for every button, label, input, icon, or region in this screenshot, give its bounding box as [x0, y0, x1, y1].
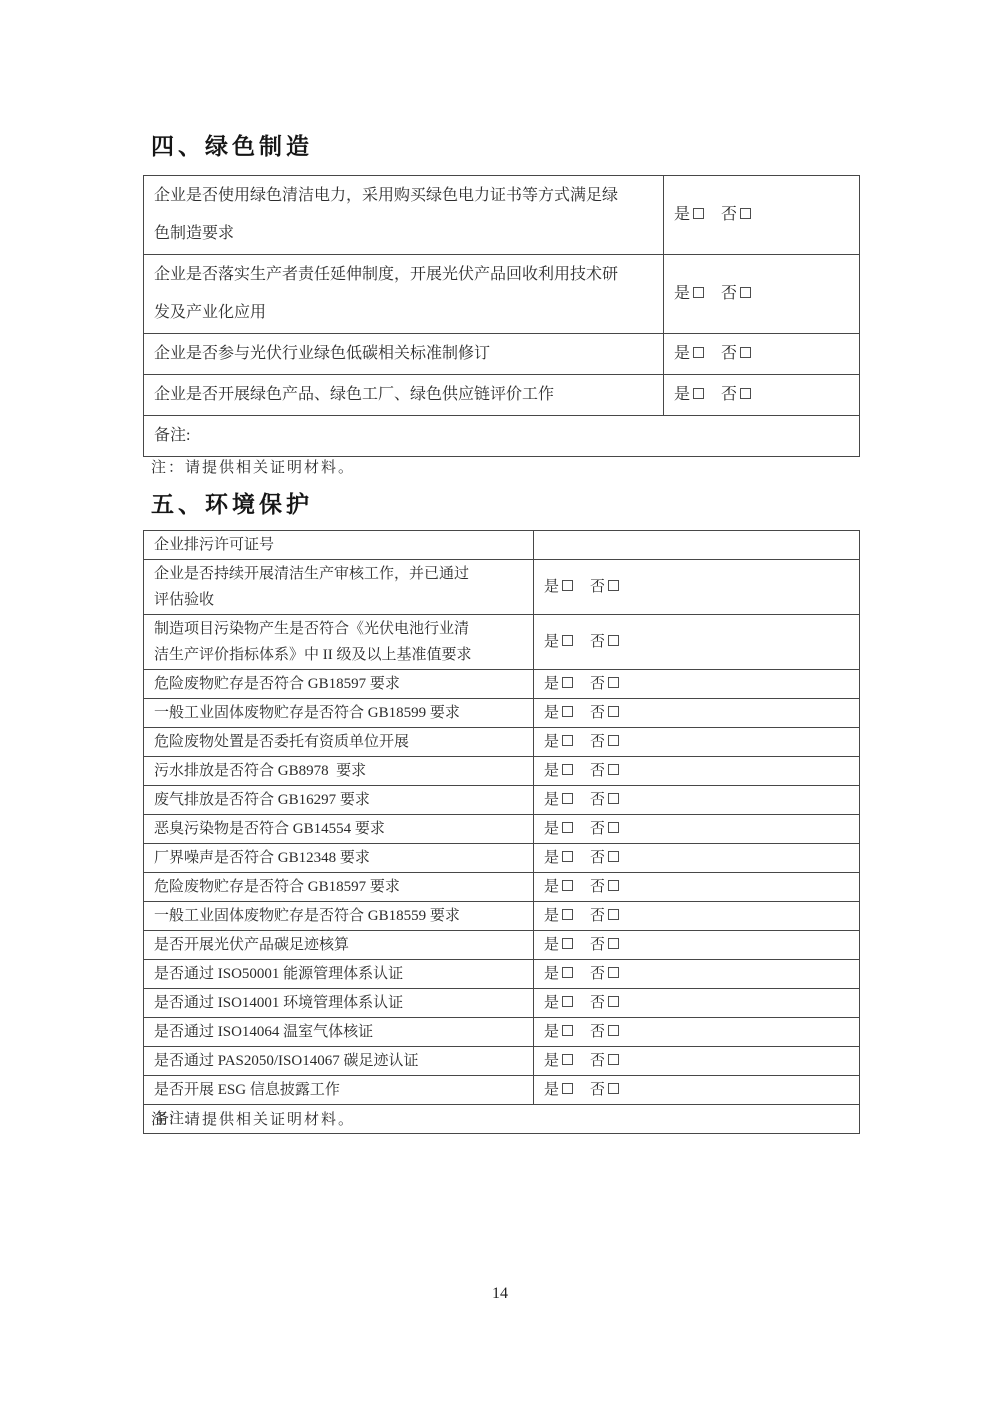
no-label: 否 [721, 285, 737, 302]
no-checkbox[interactable] [608, 677, 619, 688]
no-option: 否 [590, 1082, 619, 1098]
question-cell: 是否通过 ISO14064 温室气体核证 [144, 1018, 534, 1047]
question-cell: 废气排放是否符合 GB16297 要求 [144, 786, 534, 815]
no-label: 否 [590, 821, 605, 837]
yes-option: 是 [674, 345, 704, 362]
yes-label: 是 [544, 1053, 559, 1069]
yes-label: 是 [544, 792, 559, 808]
yes-label: 是 [544, 995, 559, 1011]
question-cell: 企业排污许可证号 [144, 531, 534, 560]
no-checkbox[interactable] [608, 764, 619, 775]
question-cell: 企业是否使用绿色清洁电力，采用购买绿色电力证书等方式满足绿 色制造要求 [144, 176, 664, 255]
no-option: 否 [590, 634, 619, 650]
no-label: 否 [590, 1053, 605, 1069]
answer-cell: 是否 [534, 560, 860, 615]
yes-checkbox[interactable] [562, 880, 573, 891]
table-row: 危险废物贮存是否符合 GB18597 要求是否 [144, 873, 860, 902]
question-cell: 危险废物贮存是否符合 GB18597 要求 [144, 873, 534, 902]
answer-cell: 是否 [664, 375, 860, 416]
table-row: 是否通过 ISO14001 环境管理体系认证是否 [144, 989, 860, 1018]
table-row: 废气排放是否符合 GB16297 要求是否 [144, 786, 860, 815]
no-checkbox[interactable] [608, 1054, 619, 1065]
yes-checkbox[interactable] [693, 347, 704, 358]
no-checkbox[interactable] [608, 706, 619, 717]
yes-label: 是 [544, 579, 559, 595]
answer-cell: 是否 [534, 615, 860, 670]
question-cell: 危险废物贮存是否符合 GB18597 要求 [144, 670, 534, 699]
yes-checkbox[interactable] [562, 967, 573, 978]
no-checkbox[interactable] [608, 580, 619, 591]
yes-option: 是 [544, 879, 573, 895]
answer-cell: 是否 [534, 1018, 860, 1047]
question-cell: 企业是否持续开展清洁生产审核工作，并已通过 评估验收 [144, 560, 534, 615]
environmental-protection-footnote: 注：请提供相关证明材料。 [151, 1108, 355, 1129]
yes-checkbox[interactable] [693, 208, 704, 219]
question-cell: 是否通过 PAS2050/ISO14067 碳足迹认证 [144, 1047, 534, 1076]
yes-checkbox[interactable] [693, 287, 704, 298]
table-row: 企业是否开展绿色产品、绿色工厂、绿色供应链评价工作是否 [144, 375, 860, 416]
yes-option: 是 [544, 966, 573, 982]
yes-checkbox[interactable] [562, 793, 573, 804]
no-label: 否 [590, 850, 605, 866]
no-option: 否 [590, 676, 619, 692]
answer-cell: 是否 [534, 960, 860, 989]
no-checkbox[interactable] [608, 793, 619, 804]
no-label: 否 [590, 579, 605, 595]
table-row: 企业是否落实生产者责任延伸制度，开展光伏产品回收利用技术研 发及产业化应用是否 [144, 255, 860, 334]
yes-option: 是 [674, 386, 704, 403]
no-option: 否 [590, 763, 619, 779]
table-row: 是否通过 ISO50001 能源管理体系认证是否 [144, 960, 860, 989]
yes-checkbox[interactable] [562, 1025, 573, 1036]
yes-option: 是 [674, 285, 704, 302]
yes-option: 是 [544, 1053, 573, 1069]
answer-cell: 是否 [534, 931, 860, 960]
yes-label: 是 [544, 676, 559, 692]
yes-option: 是 [544, 634, 573, 650]
section-green-manufacturing-title: 四、绿色制造 [151, 131, 313, 161]
yes-option: 是 [544, 763, 573, 779]
no-option: 否 [590, 966, 619, 982]
yes-label: 是 [544, 763, 559, 779]
no-checkbox[interactable] [608, 735, 619, 746]
answer-cell: 是否 [664, 255, 860, 334]
question-cell: 是否通过 ISO14001 环境管理体系认证 [144, 989, 534, 1018]
question-cell: 企业是否开展绿色产品、绿色工厂、绿色供应链评价工作 [144, 375, 664, 416]
question-cell: 制造项目污染物产生是否符合《光伏电池行业清 洁生产评价指标体系》中 II 级及以… [144, 615, 534, 670]
yes-checkbox[interactable] [562, 996, 573, 1007]
table-row: 是否开展光伏产品碳足迹核算是否 [144, 931, 860, 960]
question-cell: 是否开展光伏产品碳足迹核算 [144, 931, 534, 960]
table-row: 是否开展 ESG 信息披露工作是否 [144, 1076, 860, 1105]
no-label: 否 [590, 1082, 605, 1098]
yes-label: 是 [544, 1082, 559, 1098]
yes-option: 是 [544, 676, 573, 692]
yes-checkbox[interactable] [562, 1054, 573, 1065]
no-label: 否 [590, 634, 605, 650]
question-cell: 是否开展 ESG 信息披露工作 [144, 1076, 534, 1105]
no-option: 否 [721, 345, 751, 362]
no-checkbox[interactable] [608, 967, 619, 978]
table-row: 恶臭污染物是否符合 GB14554 要求是否 [144, 815, 860, 844]
green-manufacturing-table: 企业是否使用绿色清洁电力，采用购买绿色电力证书等方式满足绿 色制造要求是否企业是… [143, 175, 860, 457]
answer-cell: 是否 [534, 873, 860, 902]
no-checkbox[interactable] [608, 938, 619, 949]
answer-cell: 是否 [534, 1047, 860, 1076]
yes-checkbox[interactable] [562, 706, 573, 717]
no-option: 否 [590, 1024, 619, 1040]
yes-label: 是 [544, 908, 559, 924]
no-label: 否 [721, 345, 737, 362]
question-cell: 企业是否落实生产者责任延伸制度，开展光伏产品回收利用技术研 发及产业化应用 [144, 255, 664, 334]
no-option: 否 [590, 908, 619, 924]
no-option: 否 [590, 879, 619, 895]
yes-option: 是 [544, 850, 573, 866]
answer-cell: 是否 [534, 989, 860, 1018]
table-row: 企业是否持续开展清洁生产审核工作，并已通过 评估验收是否 [144, 560, 860, 615]
answer-cell: 是否 [534, 1076, 860, 1105]
section-environmental-protection-title: 五、环境保护 [151, 489, 313, 519]
table-row: 是否通过 ISO14064 温室气体核证是否 [144, 1018, 860, 1047]
no-checkbox[interactable] [608, 822, 619, 833]
green-manufacturing-footnote: 注：请提供相关证明材料。 [151, 456, 355, 477]
no-checkbox[interactable] [740, 208, 751, 219]
yes-checkbox[interactable] [562, 822, 573, 833]
yes-option: 是 [544, 1082, 573, 1098]
yes-label: 是 [544, 734, 559, 750]
yes-label: 是 [544, 879, 559, 895]
yes-option: 是 [544, 995, 573, 1011]
yes-checkbox[interactable] [562, 851, 573, 862]
question-cell: 厂界噪声是否符合 GB12348 要求 [144, 844, 534, 873]
yes-checkbox[interactable] [562, 1083, 573, 1094]
yes-option: 是 [544, 734, 573, 750]
yes-label: 是 [544, 966, 559, 982]
no-label: 否 [590, 792, 605, 808]
answer-cell: 是否 [664, 176, 860, 255]
no-label: 否 [590, 1024, 605, 1040]
no-label: 否 [590, 937, 605, 953]
yes-label: 是 [674, 386, 690, 403]
answer-cell: 是否 [664, 334, 860, 375]
yes-label: 是 [544, 634, 559, 650]
answer-cell: 是否 [534, 670, 860, 699]
table-row: 制造项目污染物产生是否符合《光伏电池行业清 洁生产评价指标体系》中 II 级及以… [144, 615, 860, 670]
no-label: 否 [590, 879, 605, 895]
question-cell: 一般工业固体废物贮存是否符合 GB18599 要求 [144, 699, 534, 728]
no-label: 否 [721, 386, 737, 403]
yes-label: 是 [544, 850, 559, 866]
no-checkbox[interactable] [740, 388, 751, 399]
yes-label: 是 [544, 1024, 559, 1040]
yes-label: 是 [674, 345, 690, 362]
yes-option: 是 [674, 206, 704, 223]
question-cell: 一般工业固体废物贮存是否符合 GB18559 要求 [144, 902, 534, 931]
yes-option: 是 [544, 1024, 573, 1040]
green-manufacturing-table-body: 企业是否使用绿色清洁电力，采用购买绿色电力证书等方式满足绿 色制造要求是否企业是… [144, 176, 860, 457]
table-row: 厂界噪声是否符合 GB12348 要求是否 [144, 844, 860, 873]
no-option: 否 [590, 705, 619, 721]
no-checkbox[interactable] [608, 1025, 619, 1036]
question-cell: 企业是否参与光伏行业绿色低碳相关标准制修订 [144, 334, 664, 375]
no-checkbox[interactable] [608, 851, 619, 862]
yes-checkbox[interactable] [562, 580, 573, 591]
table-row: 危险废物贮存是否符合 GB18597 要求是否 [144, 670, 860, 699]
no-option: 否 [590, 1053, 619, 1069]
table-row: 一般工业固体废物贮存是否符合 GB18559 要求是否 [144, 902, 860, 931]
no-label: 否 [590, 908, 605, 924]
no-checkbox[interactable] [608, 996, 619, 1007]
page-number: 14 [0, 1285, 1000, 1303]
no-label: 否 [721, 206, 737, 223]
no-checkbox[interactable] [608, 909, 619, 920]
table-row: 企业是否使用绿色清洁电力，采用购买绿色电力证书等方式满足绿 色制造要求是否 [144, 176, 860, 255]
no-label: 否 [590, 995, 605, 1011]
yes-option: 是 [544, 792, 573, 808]
table-row: 污水排放是否符合 GB8978 要求是否 [144, 757, 860, 786]
yes-option: 是 [544, 705, 573, 721]
question-cell: 污水排放是否符合 GB8978 要求 [144, 757, 534, 786]
blank-answer-cell [534, 531, 860, 560]
yes-option: 是 [544, 579, 573, 595]
table-row: 危险废物处置是否委托有资质单位开展是否 [144, 728, 860, 757]
yes-label: 是 [544, 821, 559, 837]
yes-label: 是 [674, 285, 690, 302]
no-option: 否 [590, 850, 619, 866]
no-option: 否 [721, 206, 751, 223]
table-row: 企业排污许可证号 [144, 531, 860, 560]
no-label: 否 [590, 734, 605, 750]
table-row: 备注: [144, 416, 860, 457]
no-checkbox[interactable] [608, 1083, 619, 1094]
yes-label: 是 [674, 206, 690, 223]
environmental-protection-table: 企业排污许可证号企业是否持续开展清洁生产审核工作，并已通过 评估验收是否制造项目… [143, 530, 860, 1134]
no-label: 否 [590, 676, 605, 692]
yes-checkbox[interactable] [562, 635, 573, 646]
yes-option: 是 [544, 908, 573, 924]
yes-checkbox[interactable] [562, 677, 573, 688]
yes-checkbox[interactable] [562, 909, 573, 920]
table-row: 一般工业固体废物贮存是否符合 GB18599 要求是否 [144, 699, 860, 728]
yes-checkbox[interactable] [562, 938, 573, 949]
no-option: 否 [590, 734, 619, 750]
answer-cell: 是否 [534, 728, 860, 757]
answer-cell: 是否 [534, 815, 860, 844]
no-checkbox[interactable] [740, 287, 751, 298]
answer-cell: 是否 [534, 699, 860, 728]
table-row: 企业是否参与光伏行业绿色低碳相关标准制修订是否 [144, 334, 860, 375]
question-cell: 危险废物处置是否委托有资质单位开展 [144, 728, 534, 757]
no-label: 否 [590, 966, 605, 982]
no-option: 否 [721, 386, 751, 403]
no-option: 否 [590, 995, 619, 1011]
no-option: 否 [590, 821, 619, 837]
no-checkbox[interactable] [608, 880, 619, 891]
question-cell: 是否通过 ISO50001 能源管理体系认证 [144, 960, 534, 989]
table-row: 是否通过 PAS2050/ISO14067 碳足迹认证是否 [144, 1047, 860, 1076]
no-checkbox[interactable] [608, 635, 619, 646]
yes-option: 是 [544, 821, 573, 837]
answer-cell: 是否 [534, 844, 860, 873]
no-option: 否 [590, 579, 619, 595]
no-label: 否 [590, 763, 605, 779]
document-page: 四、绿色制造 企业是否使用绿色清洁电力，采用购买绿色电力证书等方式满足绿 色制造… [0, 0, 1000, 1414]
no-checkbox[interactable] [740, 347, 751, 358]
yes-option: 是 [544, 937, 573, 953]
yes-label: 是 [544, 705, 559, 721]
answer-cell: 是否 [534, 786, 860, 815]
no-option: 否 [590, 792, 619, 808]
yes-checkbox[interactable] [562, 735, 573, 746]
remark-cell: 备注: [144, 416, 860, 457]
environmental-protection-table-body: 企业排污许可证号企业是否持续开展清洁生产审核工作，并已通过 评估验收是否制造项目… [144, 531, 860, 1134]
answer-cell: 是否 [534, 757, 860, 786]
yes-checkbox[interactable] [693, 388, 704, 399]
no-option: 否 [721, 285, 751, 302]
question-cell: 恶臭污染物是否符合 GB14554 要求 [144, 815, 534, 844]
no-option: 否 [590, 937, 619, 953]
no-label: 否 [590, 705, 605, 721]
yes-label: 是 [544, 937, 559, 953]
yes-checkbox[interactable] [562, 764, 573, 775]
answer-cell: 是否 [534, 902, 860, 931]
